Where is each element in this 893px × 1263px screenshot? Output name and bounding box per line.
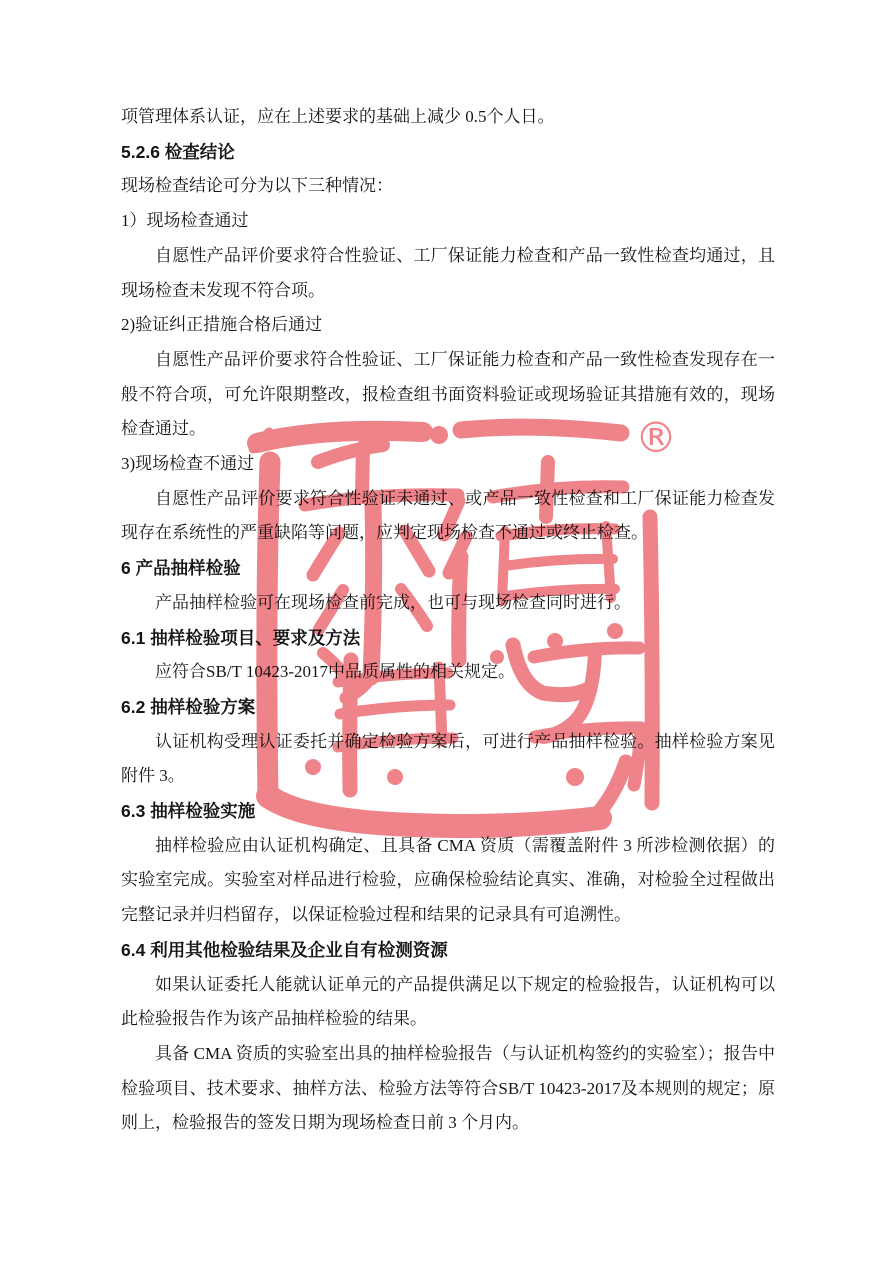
- paragraph: 应符合SB/T 10423-2017中品质属性的相关规定。: [121, 655, 775, 690]
- document-body: 项管理体系认证，应在上述要求的基础上减少 0.5个人日。5.2.6 检查结论现场…: [121, 100, 775, 1141]
- section-heading: 6.4 利用其他检验结果及企业自有检测资源: [121, 933, 775, 968]
- paragraph: 现场检查结论可分为以下三种情况：: [121, 169, 775, 204]
- section-heading: 6.1 抽样检验项目、要求及方法: [121, 621, 775, 656]
- paragraph: 项管理体系认证，应在上述要求的基础上减少 0.5个人日。: [121, 100, 775, 135]
- section-heading: 5.2.6 检查结论: [121, 135, 775, 170]
- paragraph: 自愿性产品评价要求符合性验证未通过、或产品一致性检查和工厂保证能力检查发现存在系…: [121, 482, 775, 551]
- section-heading: 6 产品抽样检验: [121, 551, 775, 586]
- paragraph: 具备 CMA 资质的实验室出具的抽样检验报告（与认证机构签约的实验室）；报告中检…: [121, 1037, 775, 1141]
- section-heading: 6.2 抽样检验方案: [121, 690, 775, 725]
- paragraph: 抽样检验应由认证机构确定、且具备 CMA 资质（需覆盖附件 3 所涉检测依据）的…: [121, 829, 775, 933]
- paragraph: 自愿性产品评价要求符合性验证、工厂保证能力检查和产品一致性检查发现存在一般不符合…: [121, 343, 775, 447]
- document-page: 项管理体系认证，应在上述要求的基础上减少 0.5个人日。5.2.6 检查结论现场…: [0, 0, 893, 1263]
- paragraph: 自愿性产品评价要求符合性验证、工厂保证能力检查和产品一致性检查均通过，且现场检查…: [121, 239, 775, 308]
- paragraph: 产品抽样检验可在现场检查前完成，也可与现场检查同时进行。: [121, 586, 775, 621]
- paragraph: 认证机构受理认证委托并确定检验方案后，可进行产品抽样检验。抽样检验方案见附件 3…: [121, 725, 775, 794]
- paragraph: 2)验证纠正措施合格后通过: [121, 308, 775, 343]
- paragraph: 如果认证委托人能就认证单元的产品提供满足以下规定的检验报告，认证机构可以此检验报…: [121, 968, 775, 1037]
- paragraph: 1）现场检查通过: [121, 204, 775, 239]
- section-heading: 6.3 抽样检验实施: [121, 794, 775, 829]
- paragraph: 3)现场检查不通过: [121, 447, 775, 482]
